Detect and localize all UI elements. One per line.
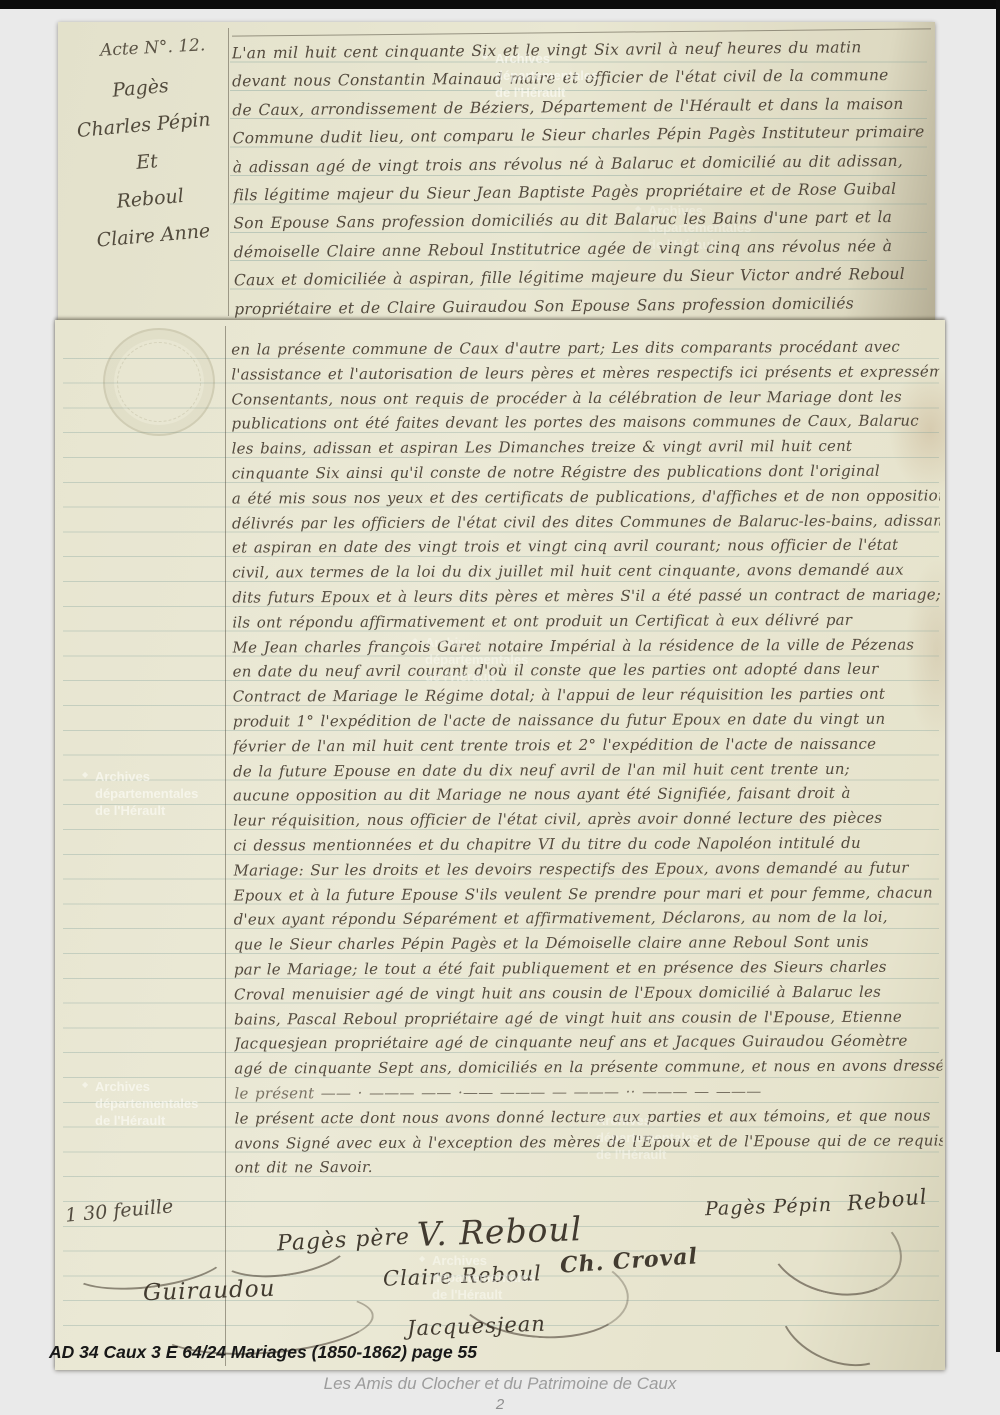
signature-flourish bbox=[67, 1228, 231, 1297]
handwritten-line: les bains, adissan et aspiran Les Dimanc… bbox=[232, 434, 940, 462]
handwritten-line: leur réquisition, nous officier de l'éta… bbox=[233, 806, 941, 834]
signature: V. Reboul bbox=[416, 1209, 582, 1254]
signature: Pagès Pépin bbox=[705, 1194, 833, 1220]
scan-border-right bbox=[996, 0, 1000, 1352]
scanned-document-page: Acte N°. 12. PagèsCharles PépinEtReboulC… bbox=[0, 0, 1000, 1415]
handwritten-line: Mariage: Sur les droits et les devoirs r… bbox=[233, 855, 941, 883]
margin-names: PagèsCharles PépinEtReboulClaire Anne bbox=[58, 63, 236, 261]
signature-flourish bbox=[214, 1213, 354, 1285]
handwritten-line: cinquante Six ainsi qu'il conste de notr… bbox=[232, 458, 940, 486]
handwritten-line: ont dit ne Savoir. bbox=[235, 1153, 943, 1181]
handwritten-line: agé de cinquante Sept ans, domiciliés en… bbox=[234, 1054, 942, 1082]
handwritten-line: ils ont répondu affirmativement et ont p… bbox=[232, 607, 940, 635]
handwritten-line: février de l'an mil huit cent trente tro… bbox=[233, 731, 941, 759]
handwritten-line: avons Signé avec eux à l'exception des m… bbox=[235, 1128, 943, 1156]
handwritten-line: publications ont été faites devant les p… bbox=[231, 409, 939, 437]
act-body-text: en la présente commune de Caux d'autre p… bbox=[231, 334, 943, 1180]
signature-flourish bbox=[450, 1242, 632, 1344]
handwritten-line: Croval menuisier agé de vingt huit ans c… bbox=[234, 979, 942, 1007]
margin-rule bbox=[225, 326, 226, 1366]
handwritten-line: civil, aux termes de la loi du dix juill… bbox=[232, 558, 940, 586]
handwritten-line: a été mis sous nos yeux et des certifica… bbox=[232, 483, 940, 511]
handwritten-line: Contract de Mariage le Régime dotal; à l… bbox=[233, 682, 941, 710]
handwritten-line: produit 1° l'expédition de l'acte de nai… bbox=[233, 706, 941, 734]
handwritten-line: de la future Epouse en date du dix neuf … bbox=[233, 756, 941, 784]
act-number: Acte N°. 12. bbox=[100, 35, 206, 60]
handwritten-line: par le Mariage; le tout a été fait publi… bbox=[234, 954, 942, 982]
archive-reference-caption: AD 34 Caux 3 E 64/24 Mariages (1850-1862… bbox=[49, 1342, 477, 1363]
handwritten-line: dits futurs Epoux et à leurs dits pères … bbox=[232, 582, 940, 610]
handwritten-line: l'assistance et l'autorisation de leurs … bbox=[231, 359, 939, 387]
handwritten-line: ci dessus mentionnées et du chapitre VI … bbox=[233, 830, 941, 858]
scan-section-top: Acte N°. 12. PagèsCharles PépinEtReboulC… bbox=[58, 22, 935, 320]
signature: Jacquesjean bbox=[407, 1312, 547, 1341]
embossed-stamp bbox=[103, 328, 215, 436]
page-number: 2 bbox=[0, 1396, 1000, 1413]
handwritten-line: d'eux ayant répondu Séparément et affirm… bbox=[234, 905, 942, 933]
signature: Ch. Croval bbox=[559, 1243, 698, 1279]
signature-flourish bbox=[758, 1187, 912, 1309]
handwritten-line: aucune opposition au dit Mariage ne nous… bbox=[233, 781, 941, 809]
handwritten-line: que le Sieur charles Pépin Pagès et la D… bbox=[234, 930, 942, 958]
handwritten-line: Jacquesjean propriétaire agé de cinquant… bbox=[234, 1029, 942, 1057]
scan-section-main: en la présente commune de Caux d'autre p… bbox=[55, 320, 945, 1370]
signature: Pagès père bbox=[276, 1225, 410, 1257]
handwritten-line: et aspiran en date des vingt trois et vi… bbox=[232, 533, 940, 561]
handwritten-line: Consentants, nous ont requis de procéder… bbox=[231, 384, 939, 412]
signature: Claire Reboul bbox=[383, 1261, 542, 1291]
handwritten-line: propriétaire et de Claire Guiraudou Son … bbox=[234, 288, 931, 323]
handwritten-line: en date du neuf avril courant d'où il co… bbox=[233, 657, 941, 685]
handwritten-line: bains, Pascal Reboul propriétaire agé de… bbox=[234, 1004, 942, 1032]
credit-line: Les Amis du Clocher et du Patrimoine de … bbox=[0, 1374, 1000, 1394]
margin-fee-note: 1 30 feuille bbox=[64, 1195, 174, 1226]
handwritten-line: Epoux et à la future Epouse S'ils veulen… bbox=[234, 880, 942, 908]
scan-border-top bbox=[0, 0, 1000, 9]
signature: Reboul bbox=[846, 1185, 928, 1216]
handwritten-line: le présent —— · ——— —— ·—— ——— — ——— ·· … bbox=[234, 1078, 942, 1106]
handwritten-line: le présent acte dont nous avons donné le… bbox=[235, 1103, 943, 1131]
signature-flourish bbox=[766, 1261, 910, 1384]
handwritten-line: délivrés par les officiers de l'état civ… bbox=[232, 508, 940, 536]
act-opening-text: L'an mil huit cent cinquante Six et le v… bbox=[232, 33, 932, 324]
handwritten-line: Me Jean charles françois Garet notaire I… bbox=[232, 632, 940, 660]
handwritten-line: en la présente commune de Caux d'autre p… bbox=[231, 334, 939, 362]
signature: Guiraudou bbox=[143, 1276, 276, 1307]
